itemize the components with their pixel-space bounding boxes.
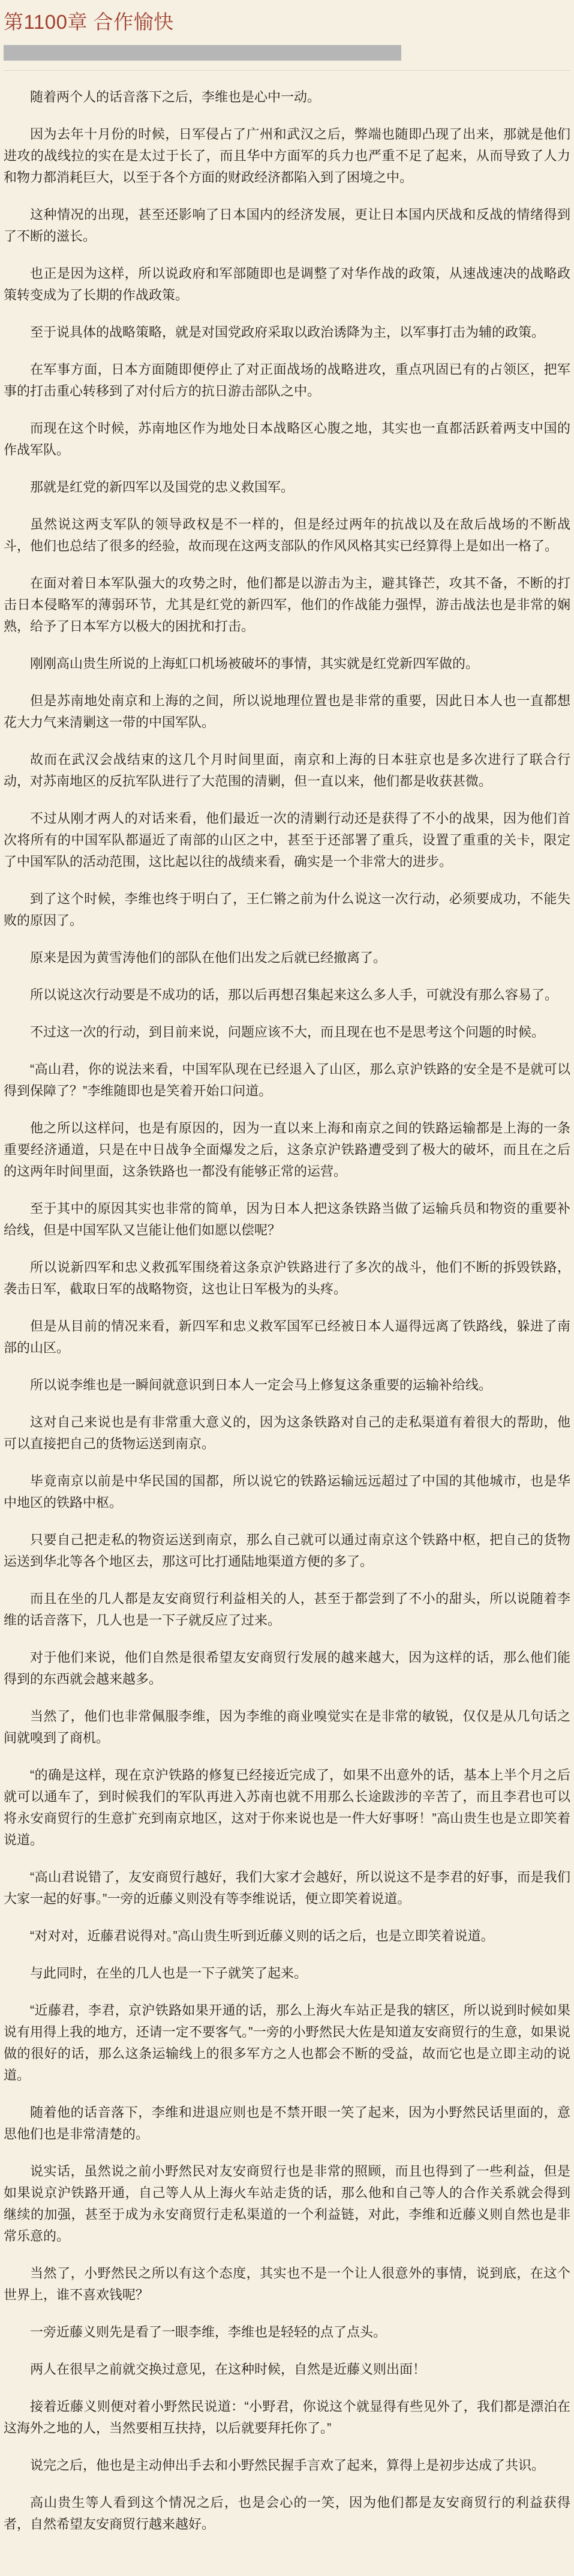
paragraph: 接着近藤义则便对着小野然民说道：“小野君，你说这个就显得有些见外了，我们都是漂泊… [4,2396,570,2439]
paragraph: 也正是因为这样，所以说政府和军部随即也是调整了对华作战的政策，从速战速决的战略政… [4,263,570,306]
paragraph: 那就是红党的新四军以及国党的忠义救国军。 [4,477,570,498]
paragraph: 这对自己来说也是有非常重大意义的，因为这条铁路对自己的走私渠道有着很大的帮助，他… [4,1412,570,1455]
paragraph: 说完之后，他也是主动伸出手去和小野然民握手言欢了起来，算得上是初步达成了共识。 [4,2455,570,2476]
paragraph: 因为去年十月份的时候，日军侵占了广州和武汉之后，弊端也随即凸现了出来，那就是他们… [4,124,570,188]
paragraph: 随着两个人的话音落下之后，李维也是心中一动。 [4,86,570,108]
paragraph: 至于其中的原因其实也非常的简单，因为日本人把这条铁路当做了运输兵员和物资的重要补… [4,1198,570,1241]
paragraph: 而且在坐的几人都是友安商贸行利益相关的人，甚至于都尝到了不小的甜头，所以说随着李… [4,1588,570,1631]
paragraph: 只要自己把走私的物资运送到南京，那么自己就可以通过南京这个铁路中枢，把自己的货物… [4,1529,570,1572]
paragraph: 但是苏南地处南京和上海的之间，所以说地理位置也是非常的重要，因此日本人也一直都想… [4,690,570,733]
paragraph: “对对对，近藤君说得对。”高山贵生听到近藤义则的话之后，也是立即笑着说道。 [4,1925,570,1947]
paragraph: 但是从目前的情况来看，新四军和忠义救军国军已经被日本人逼得远离了铁路线，躲进了南… [4,1316,570,1359]
paragraph: 所以说这次行动要是不成功的话，那以后再想召集起来这么多人手，可就没有那么容易了。 [4,984,570,1006]
paragraph: 毕竟南京以前是中华民国的国都，所以说它的铁路运输远远超过了中国的其他城市，也是华… [4,1470,570,1514]
paragraph: 当然了，他们也非常佩服李维，因为李维的商业嗅觉实在是非常的敏锐，仅仅是从几句话之… [4,1706,570,1749]
paragraph: 当然了，小野然民之所以有这个态度，其实也不是一个让人很意外的事情，说到底，在这个… [4,2263,570,2306]
chapter-content: 随着两个人的话音落下之后，李维也是心中一动。因为去年十月份的时候，日军侵占了广州… [4,86,570,2535]
paragraph: 在面对着日本军队强大的攻势之时，他们都是以游击为主，避其锋芒，攻其不备，不断的打… [4,573,570,637]
paragraph: 在军事方面，日本方面随即便停止了对正面战场的战略进攻，重点巩固已有的占领区，把军… [4,359,570,402]
paragraph: 他之所以这样问，也是有原因的，因为一直以来上海和南京之间的铁路运输都是上海的一条… [4,1118,570,1182]
paragraph: 一旁近藤义则先是看了一眼李维，李维也是轻轻的点了点头。 [4,2322,570,2343]
paragraph: 不过这一次的行动，到目前来说，问题应该不大，而且现在也不是思考这个问题的时候。 [4,1022,570,1043]
paragraph: 刚刚高山贵生所说的上海虹口机场被破坏的事情，其实就是红党新四军做的。 [4,653,570,675]
paragraph: 随着他的话音落下，李维和进退应则也是不禁开眼一笑了起来，因为小野然民话里面的，意… [4,2102,570,2145]
paragraph: 与此同时，在坐的几人也是一下子就笑了起来。 [4,1963,570,1984]
ad-placeholder-bar [4,45,401,61]
paragraph: “近藤君，李君，京沪铁路如果开通的话，那么上海火车站正是我的辖区，所以说到时候如… [4,2000,570,2086]
paragraph: 对于他们来说，他们自然是很希望友安商贸行发展的越来越大，因为这样的话，那么他们能… [4,1647,570,1690]
paragraph: 两人在很早之前就交换过意见，在这种时候，自然是近藤义则出面！ [4,2359,570,2380]
paragraph: “高山君，你的说法来看，中国军队现在已经退入了山区，那么京沪铁路的安全是不是就可… [4,1059,570,1102]
reader-page: 第1100章 合作愉快 随着两个人的话音落下之后，李维也是心中一动。因为去年十月… [0,0,574,2547]
paragraph: “高山君说错了，友安商贸行越好，我们大家才会越好，所以说这不是李君的好事，而是我… [4,1867,570,1910]
paragraph: 所以说李维也是一瞬间就意识到日本人一定会马上修复这条重要的运输补给线。 [4,1374,570,1396]
paragraph: “的确是这样，现在京沪铁路的修复已经接近完成了，如果不出意外的话，基本上半个月之… [4,1765,570,1851]
paragraph: 而现在这个时候，苏南地区作为地处日本战略区心腹之地，其实也一直都活跃着两支中国的… [4,418,570,461]
paragraph: 所以说新四军和忠义救孤军围绕着这条京沪铁路进行了多次的战斗，他们不断的拆毁铁路，… [4,1257,570,1300]
paragraph: 这种情况的出现，甚至还影响了日本国内的经济发展，更让日本国内厌战和反战的情绪得到… [4,204,570,247]
paragraph: 说实话，虽然说之前小野然民对友安商贸行也是非常的照顾，而且也得到了一些利益，但是… [4,2161,570,2247]
paragraph: 高山贵生等人看到这个情况之后，也是会心的一笑，因为他们都是友安商贸行的利益获得者… [4,2492,570,2535]
paragraph: 故而在武汉会战结束的这几个月时间里面，南京和上海的日本驻京也是多次进行了联合行动… [4,749,570,792]
paragraph: 不过从刚才两人的对话来看，他们最近一次的清剿行动还是获得了不小的战果，因为他们首… [4,808,570,873]
paragraph: 到了这个时候，李维也终于明白了，王仁锵之前为什么说这一次行动，必须要成功，不能失… [4,888,570,931]
header-divider [4,70,570,71]
chapter-title: 第1100章 合作愉快 [4,0,570,34]
paragraph: 虽然说这两支军队的领导政权是不一样的，但是经过两年的抗战以及在敌后战场的不断战斗… [4,514,570,557]
paragraph: 原来是因为黄雪涛他们的部队在他们出发之后就已经撤离了。 [4,947,570,969]
paragraph: 至于说具体的战略策略，就是对国党政府采取以政治诱降为主，以军事打击为辅的政策。 [4,322,570,343]
